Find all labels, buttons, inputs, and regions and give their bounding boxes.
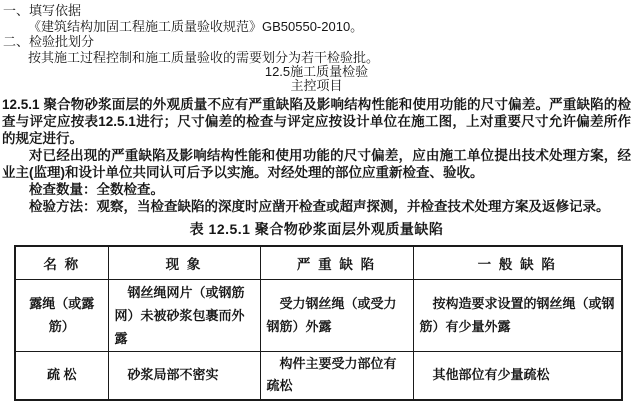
- subsection-heading: 主控项目: [0, 79, 633, 93]
- cell-name-loose: 疏 松: [15, 351, 108, 400]
- clause-check-quantity: 检查数量：全数检查。: [2, 181, 631, 198]
- table-title: 表 12.5.1 聚合物砂浆面层外观质量缺陷: [0, 220, 633, 238]
- cell-general-loose: 其他部位有少量疏松: [413, 351, 622, 400]
- intro-item-2-text: 按其施工过程控制和施工质量验收的需要划分为若干检验批。: [3, 50, 633, 66]
- intro-item-1-label: 一、填写依据: [3, 3, 633, 19]
- cell-serious-exposed-rope: 受力钢丝绳（或受力钢筋）外露: [260, 279, 413, 351]
- clause-12-5-1: 12.5.1 聚合物砂浆面层的外观质量不应有严重缺陷及影响结构性能和使用功能的尺…: [0, 96, 633, 215]
- clause-paragraph-1: 12.5.1 聚合物砂浆面层的外观质量不应有严重缺陷及影响结构性能和使用功能的尺…: [2, 96, 631, 147]
- intro-item-2-label: 二、检验批划分: [3, 34, 633, 50]
- header-name: 名 称: [15, 246, 108, 279]
- section-heading: 12.5施工质量检验: [0, 65, 633, 79]
- cell-name-exposed-rope: 露绳（或露筋）: [15, 279, 108, 351]
- cell-serious-loose: 构件主要受力部位有疏松: [260, 351, 413, 400]
- cell-phenomenon-exposed-rope: 钢丝绳网片（或钢筋网）未被砂浆包裹而外露: [108, 279, 260, 351]
- intro-section: 一、填写依据 《建筑结构加固工程施工质量验收规范》GB50550-2010。 二…: [0, 3, 633, 65]
- cell-general-exposed-rope: 按构造要求设置的钢丝绳（或钢筋）有少量外露: [413, 279, 622, 351]
- intro-item-1-text: 《建筑结构加固工程施工质量验收规范》GB50550-2010。: [3, 19, 633, 35]
- clause-paragraph-2: 对已经出现的严重缺陷及影响结构性能和使用功能的尺寸偏差，应由施工单位提出技术处理…: [2, 147, 631, 181]
- table-header-row: 名 称 现 象 严 重 缺 陷 一 般 缺 陷: [15, 246, 622, 279]
- defect-table: 名 称 现 象 严 重 缺 陷 一 般 缺 陷 露绳（或露筋） 钢丝绳网片（或钢…: [14, 245, 623, 401]
- header-serious-defect: 严 重 缺 陷: [260, 246, 413, 279]
- clause-check-method: 检验方法：观察，当检查缺陷的深度时应凿开检查或超声探测，并检查技术处理方案及返修…: [2, 198, 631, 215]
- cell-phenomenon-loose: 砂浆局部不密实: [108, 351, 260, 400]
- header-general-defect: 一 般 缺 陷: [413, 246, 622, 279]
- table-row: 疏 松 砂浆局部不密实 构件主要受力部位有疏松 其他部位有少量疏松: [15, 351, 622, 400]
- document-page: 一、填写依据 《建筑结构加固工程施工质量验收规范》GB50550-2010。 二…: [0, 0, 633, 405]
- header-phenomenon: 现 象: [108, 246, 260, 279]
- table-row: 露绳（或露筋） 钢丝绳网片（或钢筋网）未被砂浆包裹而外露 受力钢丝绳（或受力钢筋…: [15, 279, 622, 351]
